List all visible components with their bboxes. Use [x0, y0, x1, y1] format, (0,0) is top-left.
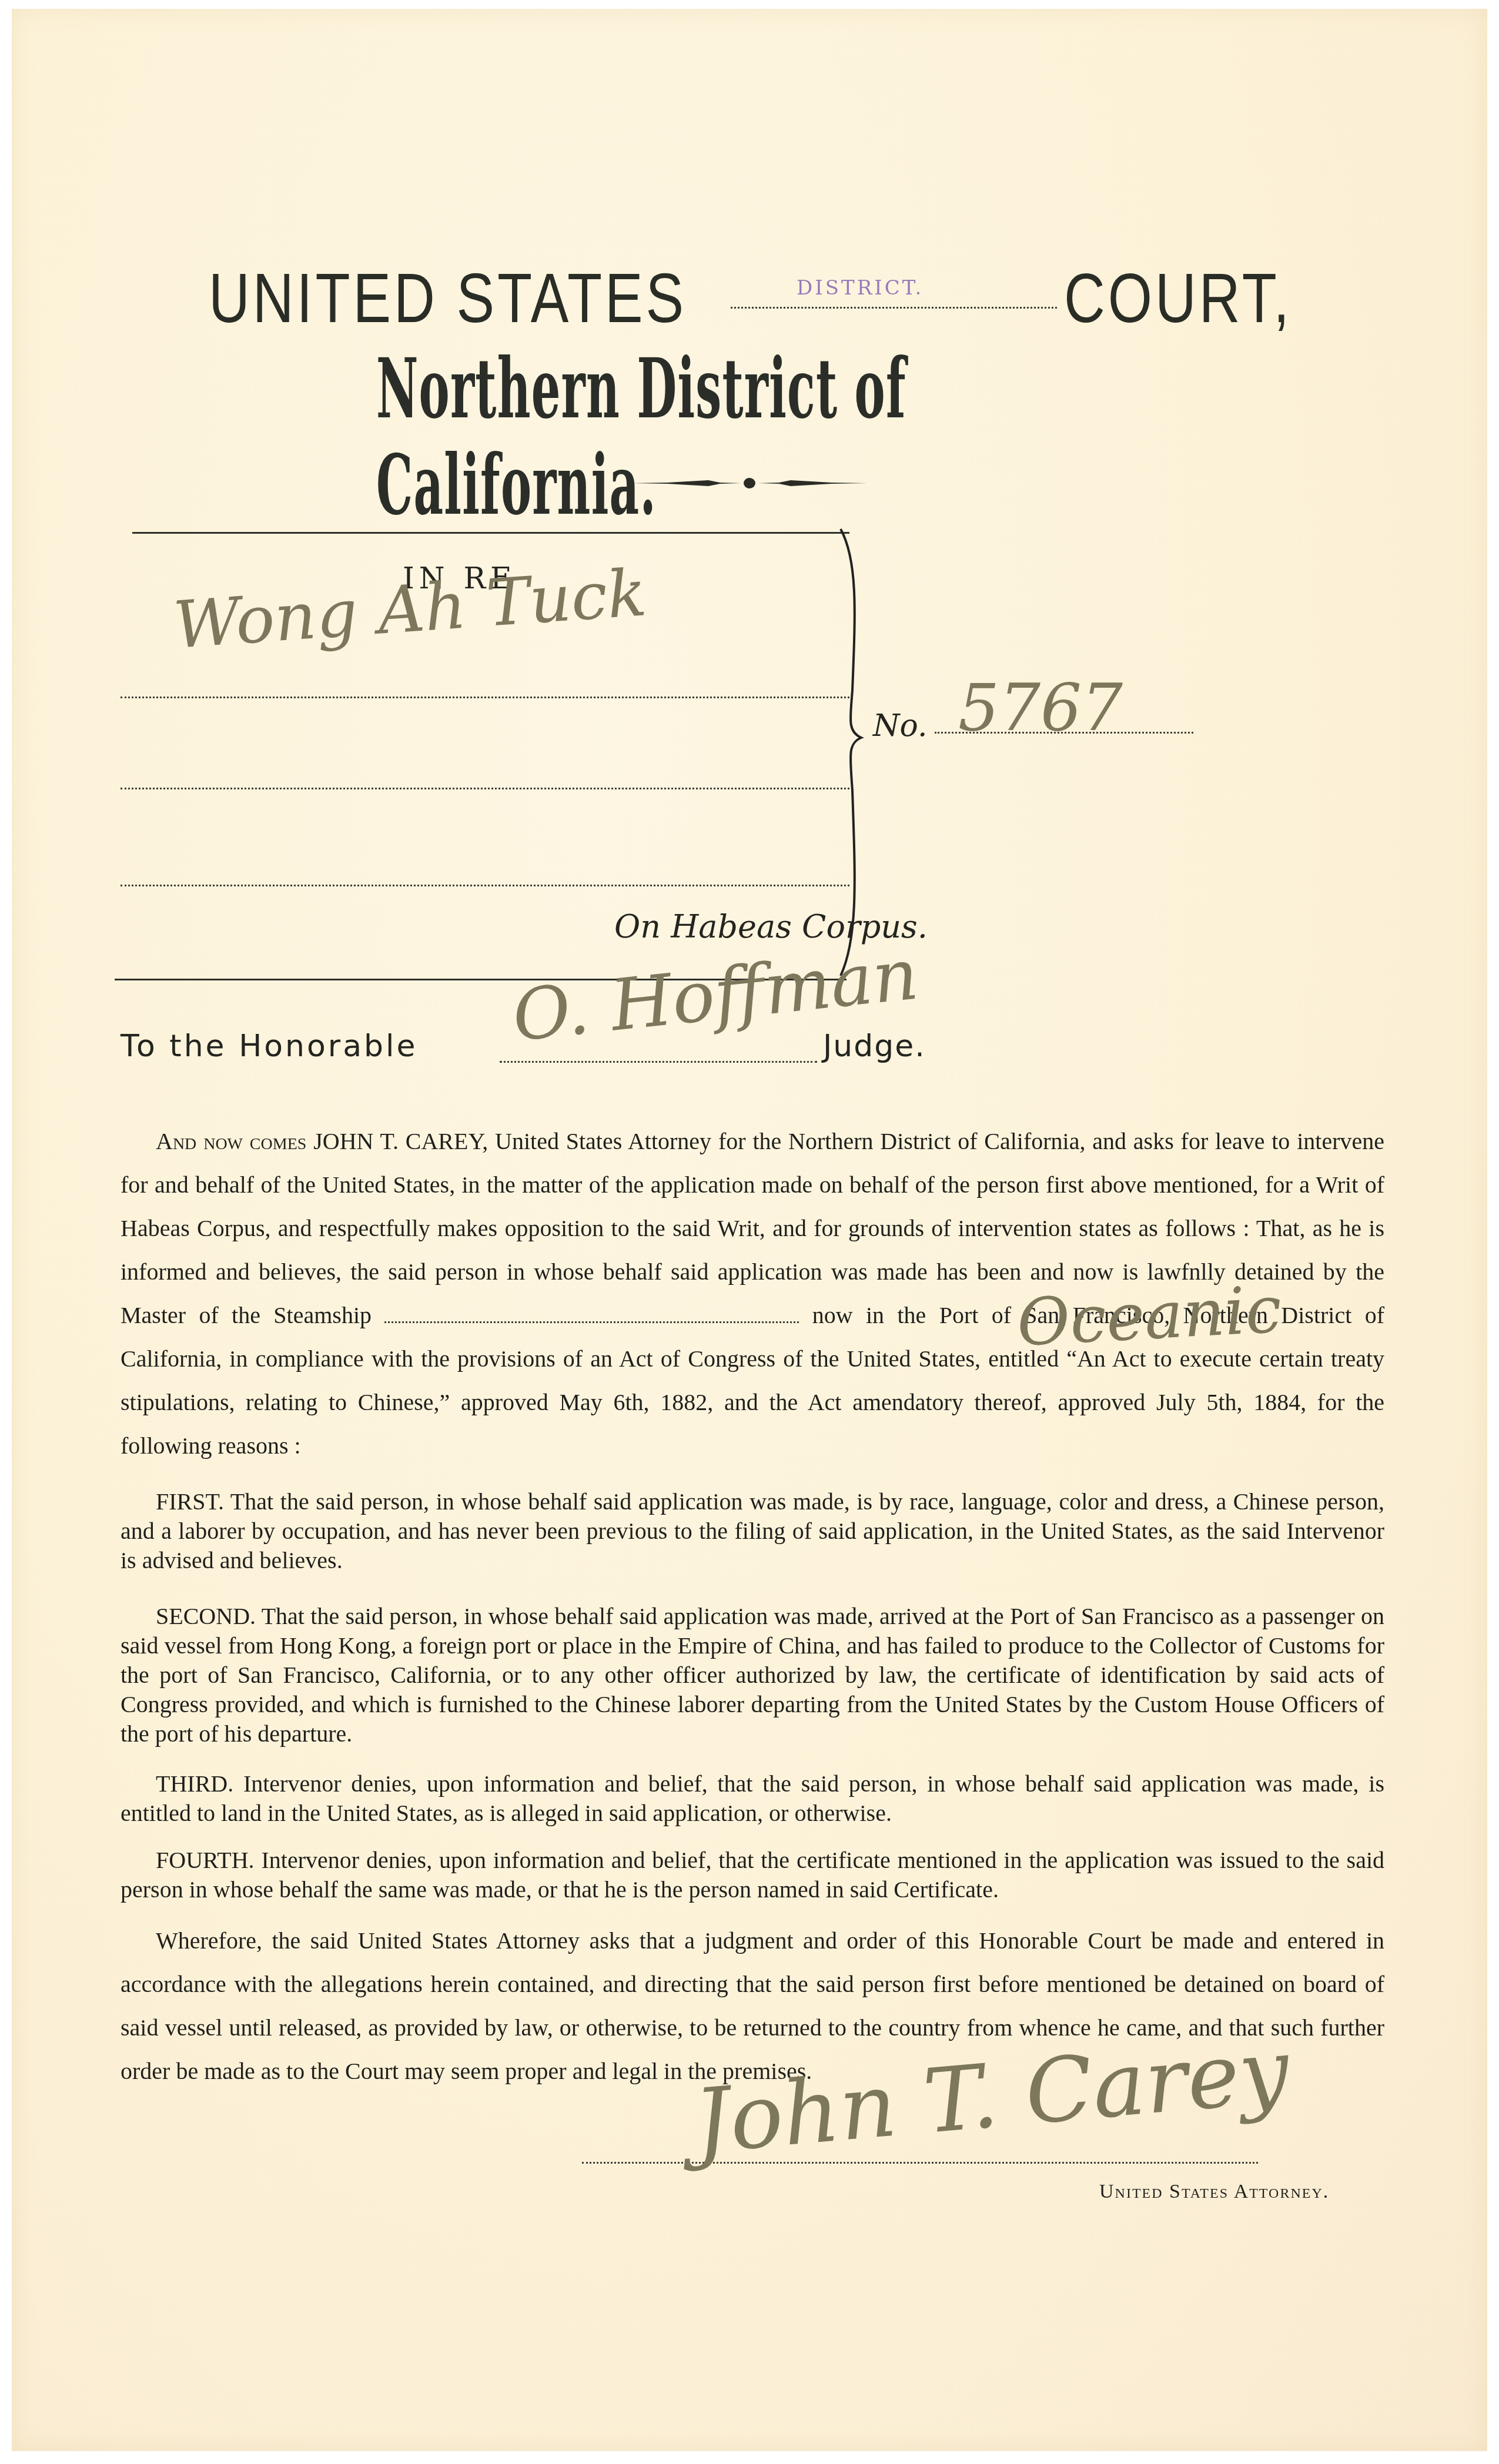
caption-top-rule: [132, 532, 849, 534]
signatory-title: United States Attorney.: [1099, 2181, 1329, 2203]
reason-second: SECOND. That the said person, in whose b…: [121, 1602, 1384, 1749]
signature-line: [582, 2162, 1258, 2164]
reason-third: THIRD. Intervenor denies, upon informati…: [121, 1769, 1384, 1828]
case-number-label: No.: [873, 708, 927, 744]
fleuron-ornament-icon: [632, 475, 867, 491]
header-court: COURT,: [1064, 259, 1292, 339]
reason-fourth: FOURTH. Intervenor denies, upon informat…: [121, 1846, 1384, 1904]
right-brace-icon: [835, 526, 882, 979]
court-type-fill-line: [731, 307, 1057, 309]
case-number-handwritten: 5767: [958, 670, 1123, 745]
reason-first: FIRST. That the said person, in whose be…: [121, 1487, 1384, 1575]
judge-name-line: [500, 1061, 817, 1063]
steamship-name-line: [384, 1321, 799, 1323]
petitioner-line-1: [121, 697, 849, 698]
petitioner-line-3: [121, 885, 849, 886]
district-stamp: DISTRICT.: [797, 276, 924, 300]
steamship-name-handwritten: Oceanic: [1015, 1271, 1283, 1360]
intro-lead: And now comes: [156, 1128, 306, 1154]
petitioner-line-2: [121, 788, 849, 789]
header-district-title: Northern District of California.: [376, 341, 1072, 534]
header-united-states: UNITED STATES: [209, 259, 687, 339]
address-prefix: To the Honorable: [121, 1029, 418, 1064]
address-suffix: Judge.: [823, 1029, 926, 1064]
